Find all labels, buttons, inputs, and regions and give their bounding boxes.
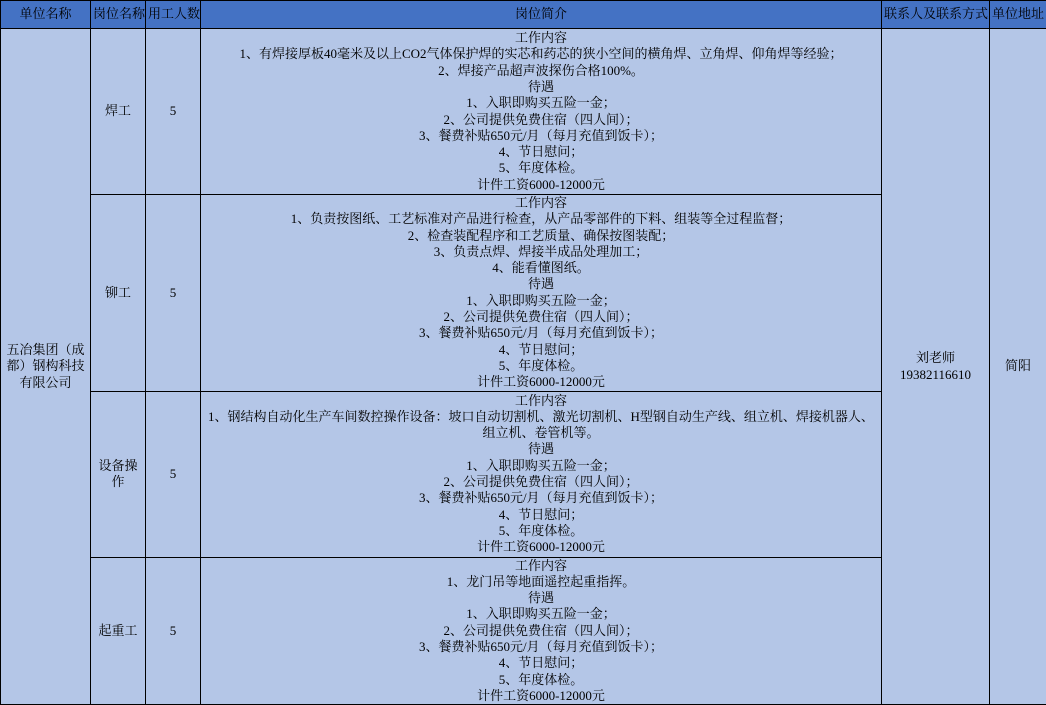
header-job-description: 岗位简介 bbox=[201, 1, 882, 29]
table-row-welder: 五冶集团（成都）钢构科技有限公司 焊工 5 工作内容 1、有焊接厚板40毫米及以… bbox=[1, 29, 1046, 195]
position-cell: 焊工 bbox=[91, 29, 146, 195]
contact-cell: 刘老师 19382116610 bbox=[882, 29, 990, 705]
headcount-cell: 5 bbox=[146, 195, 201, 392]
recruitment-table: 单位名称 岗位名称 用工人数 岗位简介 联系人及联系方式 单位地址 五冶集团（成… bbox=[0, 0, 1046, 705]
headcount-cell: 5 bbox=[146, 29, 201, 195]
job-description-cell: 工作内容 1、有焊接厚板40毫米及以上CO2气体保护焊的实芯和药芯的狭小空间的横… bbox=[201, 29, 882, 195]
header-address: 单位地址 bbox=[990, 1, 1046, 29]
position-cell: 设备操作 bbox=[91, 391, 146, 557]
header-position-name: 岗位名称 bbox=[91, 1, 146, 29]
position-cell: 铆工 bbox=[91, 195, 146, 392]
company-name-cell: 五冶集团（成都）钢构科技有限公司 bbox=[1, 29, 91, 705]
position-cell: 起重工 bbox=[91, 557, 146, 705]
job-description-cell: 工作内容 1、钢结构自动化生产车间数控操作设备：坡口自动切割机、激光切割机、H型… bbox=[201, 391, 882, 557]
spreadsheet-page: 单位名称 岗位名称 用工人数 岗位简介 联系人及联系方式 单位地址 五冶集团（成… bbox=[0, 0, 1046, 705]
address-cell: 简阳 bbox=[990, 29, 1046, 705]
headcount-cell: 5 bbox=[146, 557, 201, 705]
header-contact: 联系人及联系方式 bbox=[882, 1, 990, 29]
header-unit-name: 单位名称 bbox=[1, 1, 91, 29]
header-row: 单位名称 岗位名称 用工人数 岗位简介 联系人及联系方式 单位地址 bbox=[1, 1, 1046, 29]
job-description-cell: 工作内容 1、龙门吊等地面遥控起重指挥。 待遇 1、入职即购买五险一金； 2、公… bbox=[201, 557, 882, 705]
headcount-cell: 5 bbox=[146, 391, 201, 557]
job-description-cell: 工作内容 1、负责按图纸、工艺标准对产品进行检查，从产品零部件的下料、组装等全过… bbox=[201, 195, 882, 392]
header-headcount: 用工人数 bbox=[146, 1, 201, 29]
